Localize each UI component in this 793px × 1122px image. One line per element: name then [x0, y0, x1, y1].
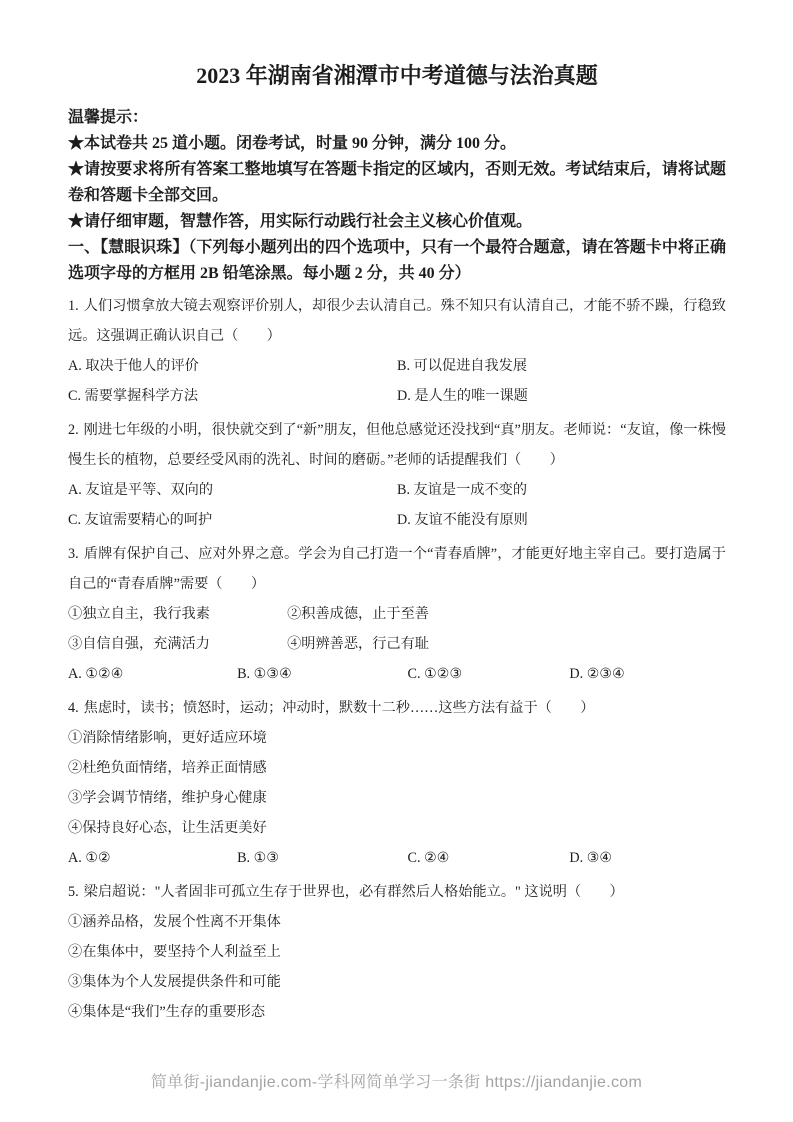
question-text: 人们习惯拿放大镜去观察评价别人，却很少去认清自己。殊不知只有认清自己，才能不骄不…	[68, 298, 726, 344]
option: D. 是人生的唯一课题	[397, 381, 726, 411]
option: A. ①②	[68, 843, 237, 873]
question-subitems: ①消除情绪影响，更好适应环境②杜绝负面情绪，培养正面情感③学会调节情绪，维护身心…	[68, 723, 726, 843]
sub-item: ④明辨善恶，行己有耻	[287, 629, 726, 659]
question-text: 盾牌有保护自己、应对外界之意。学会为自己打造一个“青春盾牌”，才能更好地主宰自己…	[68, 546, 726, 592]
question-stem: 3.盾牌有保护自己、应对外界之意。学会为自己打造一个“青春盾牌”，才能更好地主宰…	[68, 539, 726, 599]
sub-item: ②在集体中，要坚持个人利益至上	[68, 937, 726, 967]
question-subitems: ①涵养品格，发展个性离不开集体②在集体中，要坚持个人利益至上③集体为个人发展提供…	[68, 907, 726, 1027]
notice-block: 温馨提示： ★本试卷共 25 道小题。闭卷考试，时量 90 分钟，满分 100 …	[68, 105, 726, 235]
question-number: 2.	[68, 422, 79, 438]
question-number: 3.	[68, 546, 79, 562]
sub-item: ②杜绝负面情绪，培养正面情感	[68, 753, 726, 783]
question-stem: 4.焦虑时，读书；愤怒时，运动；冲动时，默数十二秒……这些方法有益于（ ）	[68, 693, 726, 723]
question-text: 焦虑时，读书；愤怒时，运动；冲动时，默数十二秒……这些方法有益于（ ）	[84, 700, 595, 716]
exam-page: 2023 年湖南省湘潭市中考道德与法治真题 温馨提示： ★本试卷共 25 道小题…	[0, 0, 793, 1122]
question-5: 5.梁启超说："人者固非可孤立生存于世界也，必有群然后人格始能立。" 这说明（ …	[68, 877, 726, 1027]
question-options: A. 友谊是平等、双向的B. 友谊是一成不变的C. 友谊需要精心的呵护D. 友谊…	[68, 475, 726, 535]
option: B. ①③④	[237, 659, 407, 689]
option: A. 取决于他人的评价	[68, 351, 397, 381]
question-3: 3.盾牌有保护自己、应对外界之意。学会为自己打造一个“青春盾牌”，才能更好地主宰…	[68, 539, 726, 689]
sub-item: ①涵养品格，发展个性离不开集体	[68, 907, 726, 937]
question-number: 5.	[68, 884, 79, 900]
option: A. ①②④	[68, 659, 237, 689]
option: D. 友谊不能没有原则	[397, 505, 726, 535]
question-text: 梁启超说："人者固非可孤立生存于世界也，必有群然后人格始能立。" 这说明（ ）	[84, 884, 624, 900]
question-stem: 5.梁启超说："人者固非可孤立生存于世界也，必有群然后人格始能立。" 这说明（ …	[68, 877, 726, 907]
notice-heading: 温馨提示：	[68, 105, 726, 131]
sub-item: ③自信自强，充满活力	[68, 629, 287, 659]
question-number: 4.	[68, 700, 79, 716]
option: B. 可以促进自我发展	[397, 351, 726, 381]
option: C. 友谊需要精心的呵护	[68, 505, 397, 535]
option: C. ②④	[408, 843, 570, 873]
question-number: 1.	[68, 298, 79, 314]
sub-item: ①消除情绪影响，更好适应环境	[68, 723, 726, 753]
option: B. ①③	[237, 843, 407, 873]
notice-item: ★本试卷共 25 道小题。闭卷考试，时量 90 分钟，满分 100 分。	[68, 131, 726, 157]
sub-item: ③集体为个人发展提供条件和可能	[68, 967, 726, 997]
option: C. ①②③	[408, 659, 570, 689]
sub-item: ①独立自主，我行我素	[68, 599, 287, 629]
question-options: A. 取决于他人的评价B. 可以促进自我发展C. 需要掌握科学方法D. 是人生的…	[68, 351, 726, 411]
question-stem: 2.刚进七年级的小明，很快就交到了“新”朋友，但他总感觉还没找到“真”朋友。老师…	[68, 415, 726, 475]
sub-item: ②积善成德，止于至善	[287, 599, 726, 629]
option: D. ③④	[569, 843, 726, 873]
question-stem: 1.人们习惯拿放大镜去观察评价别人，却很少去认清自己。殊不知只有认清自己，才能不…	[68, 291, 726, 351]
option: A. 友谊是平等、双向的	[68, 475, 397, 505]
question-4: 4.焦虑时，读书；愤怒时，运动；冲动时，默数十二秒……这些方法有益于（ ）①消除…	[68, 693, 726, 873]
option: C. 需要掌握科学方法	[68, 381, 397, 411]
sub-item: ④集体是“我们”生存的重要形态	[68, 997, 726, 1027]
question-2: 2.刚进七年级的小明，很快就交到了“新”朋友，但他总感觉还没找到“真”朋友。老师…	[68, 415, 726, 535]
section-heading: 一、【慧眼识珠】（下列每小题列出的四个选项中，只有一个最符合题意，请在答题卡中将…	[68, 235, 726, 287]
notice-item: ★请仔细审题，智慧作答，用实际行动践行社会主义核心价值观。	[68, 209, 726, 235]
question-subitems: ①独立自主，我行我素②积善成德，止于至善③自信自强，充满活力④明辨善恶，行己有耻	[68, 599, 726, 659]
question-options: A. ①②④B. ①③④C. ①②③D. ②③④	[68, 659, 726, 689]
question-options: A. ①②B. ①③C. ②④D. ③④	[68, 843, 726, 873]
option: B. 友谊是一成不变的	[397, 475, 726, 505]
notice-item: ★请按要求将所有答案工整地填写在答题卡指定的区域内，否则无效。考试结束后，请将试…	[68, 157, 726, 209]
footer-watermark: 简单街-jiandanjie.com-学科网简单学习一条街 https://ji…	[0, 1069, 793, 1092]
questions-list: 1.人们习惯拿放大镜去观察评价别人，却很少去认清自己。殊不知只有认清自己，才能不…	[68, 291, 726, 1027]
page-title: 2023 年湖南省湘潭市中考道德与法治真题	[68, 60, 726, 92]
question-text: 刚进七年级的小明，很快就交到了“新”朋友，但他总感觉还没找到“真”朋友。老师说：…	[68, 422, 726, 468]
sub-item: ③学会调节情绪，维护身心健康	[68, 783, 726, 813]
option: D. ②③④	[569, 659, 726, 689]
sub-item: ④保持良好心态，让生活更美好	[68, 813, 726, 843]
question-1: 1.人们习惯拿放大镜去观察评价别人，却很少去认清自己。殊不知只有认清自己，才能不…	[68, 291, 726, 411]
